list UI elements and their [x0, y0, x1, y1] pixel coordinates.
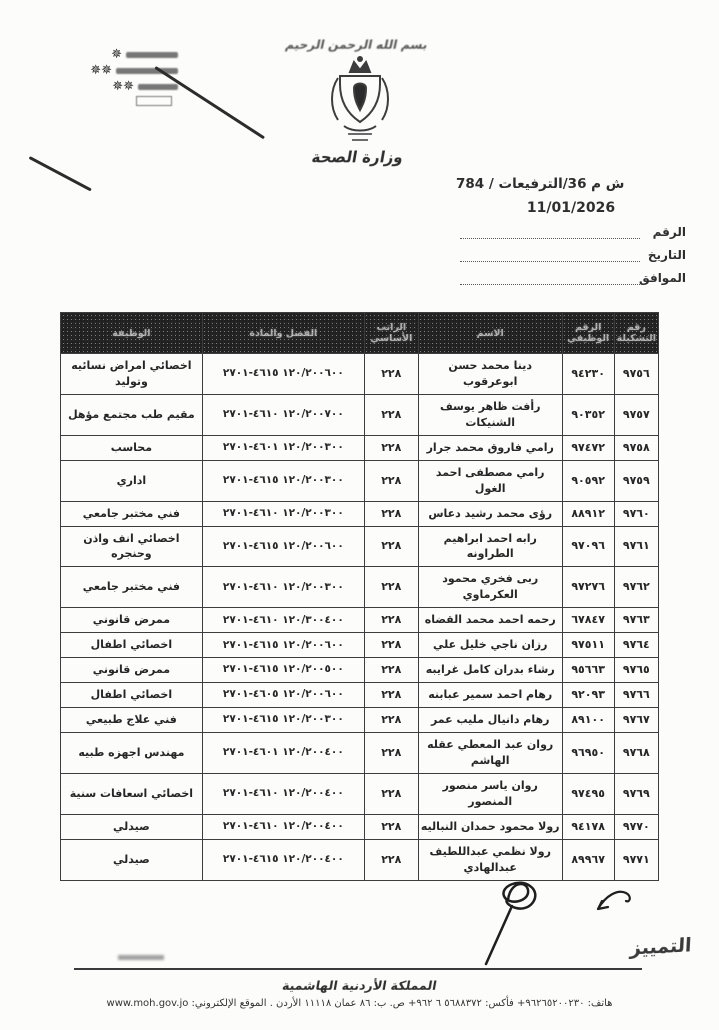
reference-date: 11/01/2026: [456, 200, 686, 216]
cell-formation-number: ٩٧٦٠: [614, 501, 658, 526]
cell-name: رهام احمد سمير عبابنه: [418, 683, 562, 708]
table-row: ٩٧٥٨ ٩٧٤٧٢ رامي فاروق محمد جرار ٢٢٨ ١٢٠/…: [61, 435, 659, 460]
cell-basic-salary: ٢٢٨: [364, 814, 418, 839]
cell-formation-number: ٩٧٦٩: [614, 773, 658, 814]
table-row: ٩٧٦١ ٩٧٠٩٦ رابه احمد ابراهيم الطراونه ٢٢…: [61, 526, 659, 567]
cell-name: رؤى محمد رشيد دعاس: [418, 501, 562, 526]
header-chapter-article: الفصل والمادة: [202, 313, 364, 354]
cell-job-title: مهندس اجهزه طبيه: [61, 732, 203, 773]
stamp-illegible-text: [126, 52, 178, 58]
cell-name: رهام دانيال مليب عمر: [418, 708, 562, 733]
cell-job-title: اخصائي اطفال: [61, 633, 203, 658]
cell-basic-salary: ٢٢٨: [364, 683, 418, 708]
cell-formation-number: ٩٧٦٦: [614, 683, 658, 708]
header-basic-salary: الراتب الأساسي: [364, 313, 418, 354]
cell-formation-number: ٩٧٥٦: [614, 354, 658, 395]
table-row: ٩٧٥٩ ٩٠٥٩٢ رامي مصطفى احمد الغول ٢٢٨ ١٢٠…: [61, 460, 659, 501]
cell-name: رشاء بدران كامل غرايبه: [418, 658, 562, 683]
cell-chapter-article: ١٢٠/٢٠٠٦٠٠ ٤٦١٥-٢٧٠١: [202, 526, 364, 567]
footer-rule: [74, 968, 642, 970]
number-label: الرقم: [640, 225, 686, 239]
cell-employee-number: ٩٤١٧٨: [562, 814, 614, 839]
scanned-document-page: ✵ ✵✵ ✵✵ بسم الله الرحمن الرحيم وزارة الص…: [0, 0, 719, 1030]
cell-basic-salary: ٢٢٨: [364, 658, 418, 683]
cell-basic-salary: ٢٢٨: [364, 354, 418, 395]
corresponding-fill-line: [460, 272, 640, 285]
cell-basic-salary: ٢٢٨: [364, 526, 418, 567]
cell-basic-salary: ٢٢٨: [364, 435, 418, 460]
cell-job-title: فني مختبر جامعي: [61, 567, 203, 608]
cell-formation-number: ٩٧٦٤: [614, 633, 658, 658]
faint-micro-text: [118, 955, 164, 960]
cell-employee-number: ٩٠٥٩٢: [562, 460, 614, 501]
cell-job-title: اخصائي اطفال: [61, 683, 203, 708]
cell-basic-salary: ٢٢٨: [364, 633, 418, 658]
cell-employee-number: ٨٨٩١٢: [562, 501, 614, 526]
cell-employee-number: ٩٧٢٧٦: [562, 567, 614, 608]
cell-basic-salary: ٢٢٨: [364, 708, 418, 733]
cell-formation-number: ٩٧٥٧: [614, 394, 658, 435]
cell-formation-number: ٩٧٧٠: [614, 814, 658, 839]
rosette-flower-icon: ✵✵: [112, 80, 134, 93]
signature-scribble: [468, 872, 578, 982]
table-row: ٩٧٦٣ ٦٧٨٤٧ رحمه احمد محمد القضاه ٢٢٨ ١٢٠…: [61, 608, 659, 633]
stamp-line: ✵✵: [38, 80, 178, 93]
cell-chapter-article: ١٢٠/٢٠٠٤٠٠ ٤٦١٥-٢٧٠١: [202, 839, 364, 880]
cell-employee-number: ٩٥٦٦٣: [562, 658, 614, 683]
cell-job-title: ممرض قانوني: [61, 608, 203, 633]
cell-name: رحمه احمد محمد القضاه: [418, 608, 562, 633]
table-row: ٩٧٥٦ ٩٤٢٣٠ دينا محمد حسن ابوعرقوب ٢٢٨ ١٢…: [61, 354, 659, 395]
table-row: ٩٧٥٧ ٩٠٣٥٢ رأفت ظاهر يوسف الشنيكات ٢٢٨ ١…: [61, 394, 659, 435]
cell-name: روان ياسر منصور المنصور: [418, 773, 562, 814]
number-fill-line: [460, 226, 640, 239]
cell-name: رزان ناجي خليل علي: [418, 633, 562, 658]
handwritten-annotation: التمييز: [629, 934, 692, 959]
cell-chapter-article: ١٢٠/٢٠٠٦٠٠ ٤٦٠٥-٢٧٠١: [202, 683, 364, 708]
cell-formation-number: ٩٧٦٨: [614, 732, 658, 773]
reference-block: ش م 36/الترفيعات / 784 11/01/2026 الرقم …: [456, 176, 686, 285]
cell-job-title: فني مختبر جامعي: [61, 501, 203, 526]
table-row: ٩٧٦٢ ٩٧٢٧٦ ربى فخري محمود العكرماوي ٢٢٨ …: [61, 567, 659, 608]
cell-name: رامي فاروق محمد جرار: [418, 435, 562, 460]
ministry-title-script: وزارة الصحة: [0, 148, 717, 167]
field-corresponding: الموافق: [456, 271, 686, 285]
stamp-illegible-text: [116, 68, 178, 74]
table-row: ٩٧٦٧ ٨٩١٠٠ رهام دانيال مليب عمر ٢٢٨ ١٢٠/…: [61, 708, 659, 733]
cell-chapter-article: ١٢٠/٢٠٠٤٠٠ ٤٦٠١-٢٧٠١: [202, 732, 364, 773]
cell-chapter-article: ١٢٠/٢٠٠٤٠٠ ٤٦١٠-٢٧٠١: [202, 814, 364, 839]
cell-chapter-article: ١٢٠/٢٠٠٧٠٠ ٤٦١٠-٢٧٠١: [202, 394, 364, 435]
cell-basic-salary: ٢٢٨: [364, 773, 418, 814]
header-formation-number: رقم التشكيلة: [614, 313, 658, 354]
cell-chapter-article: ١٢٠/٢٠٠٦٠٠ ٤٦١٥-٢٧٠١: [202, 633, 364, 658]
cell-chapter-article: ١٢٠/٢٠٠٥٠٠ ٤٦١٥-٢٧٠١: [202, 658, 364, 683]
rosette-flower-icon: ✵✵: [90, 64, 112, 77]
cell-name: رولا محمود حمدان النباليه: [418, 814, 562, 839]
stamp-box: [136, 96, 172, 106]
cell-formation-number: ٩٧٦١: [614, 526, 658, 567]
date-label: التاريخ: [640, 248, 686, 262]
header-job-title: الوظيفة: [61, 313, 203, 354]
cell-formation-number: ٩٧٦٣: [614, 608, 658, 633]
cell-basic-salary: ٢٢٨: [364, 501, 418, 526]
cell-basic-salary: ٢٢٨: [364, 608, 418, 633]
cell-job-title: اخصائي اسعافات سنية: [61, 773, 203, 814]
cell-basic-salary: ٢٢٨: [364, 732, 418, 773]
cell-chapter-article: ١٢٠/٢٠٠٤٠٠ ٤٦١٠-٢٧٠١: [202, 773, 364, 814]
cell-formation-number: ٩٧٥٨: [614, 435, 658, 460]
table-row: ٩٧٦٤ ٩٧٥١١ رزان ناجي خليل علي ٢٢٨ ١٢٠/٢٠…: [61, 633, 659, 658]
table-row: ٩٧٦٥ ٩٥٦٦٣ رشاء بدران كامل غرايبه ٢٢٨ ١٢…: [61, 658, 659, 683]
cell-chapter-article: ١٢٠/٢٠٠٣٠٠ ٤٦٠١-٢٧٠١: [202, 435, 364, 460]
bismillah-script: بسم الله الرحمن الرحيم: [0, 38, 714, 52]
cell-job-title: ممرض قانوني: [61, 658, 203, 683]
cell-formation-number: ٩٧٥٩: [614, 460, 658, 501]
cell-chapter-article: ١٢٠/٣٠٠٤٠٠ ٤٦١٠-٢٧٠١: [202, 608, 364, 633]
cell-name: رأفت ظاهر يوسف الشنيكات: [418, 394, 562, 435]
cell-job-title: اداري: [61, 460, 203, 501]
table-row: ٩٧٦٠ ٨٨٩١٢ رؤى محمد رشيد دعاس ٢٢٨ ١٢٠/٢٠…: [61, 501, 659, 526]
corresponding-label: الموافق: [640, 271, 686, 285]
table-row: ٩٧٦٦ ٩٢٠٩٣ رهام احمد سمير عبابنه ٢٢٨ ١٢٠…: [61, 683, 659, 708]
kingdom-name-script: المملكة الأردنية الهاشمية: [0, 978, 719, 993]
table-header-row: رقم التشكيلة الرقم الوظيفي الاسم الراتب …: [61, 313, 659, 354]
cell-chapter-article: ١٢٠/٢٠٠٣٠٠ ٤٦١٥-٢٧٠١: [202, 460, 364, 501]
cell-name: دينا محمد حسن ابوعرقوب: [418, 354, 562, 395]
header-name: الاسم: [418, 313, 562, 354]
cell-chapter-article: ١٢٠/٢٠٠٣٠٠ ٤٦١٠-٢٧٠١: [202, 501, 364, 526]
date-fill-line: [460, 249, 640, 262]
cell-job-title: محاسب: [61, 435, 203, 460]
cell-employee-number: ٩٤٢٣٠: [562, 354, 614, 395]
table-row: ٩٧٦٨ ٩٦٩٥٠ روان عبد المعطي عقله الهاشم ٢…: [61, 732, 659, 773]
cell-employee-number: ٩٧٥١١: [562, 633, 614, 658]
cell-employee-number: ٨٩١٠٠: [562, 708, 614, 733]
reference-number: ش م 36/الترفيعات / 784: [456, 176, 686, 192]
field-date: التاريخ: [456, 248, 686, 262]
table-row: ٩٧٧٠ ٩٤١٧٨ رولا محمود حمدان النباليه ٢٢٨…: [61, 814, 659, 839]
cell-job-title: صيدلي: [61, 839, 203, 880]
cell-name: رابه احمد ابراهيم الطراونه: [418, 526, 562, 567]
footer-contact-line: هاتف: ٩٦٢٦٥٢٠٠٢٣٠+ فأكس: ٥٦٨٨٣٧٢ ٦ ٩٦٢+ …: [0, 998, 719, 1009]
cell-formation-number: ٩٧٦٧: [614, 708, 658, 733]
cell-employee-number: ٩٧٤٩٥: [562, 773, 614, 814]
cell-formation-number: ٩٧٦٥: [614, 658, 658, 683]
cell-job-title: فني علاج طبيعي: [61, 708, 203, 733]
cell-name: ربى فخري محمود العكرماوي: [418, 567, 562, 608]
cell-employee-number: ٩٧٤٧٢: [562, 435, 614, 460]
cell-formation-number: ٩٧٦٢: [614, 567, 658, 608]
signature-mark: [592, 885, 642, 920]
cell-job-title: مقيم طب مجتمع مؤهل: [61, 394, 203, 435]
cell-job-title: اخصائي امراض نسائيه وتوليد: [61, 354, 203, 395]
cell-basic-salary: ٢٢٨: [364, 394, 418, 435]
header-employee-number: الرقم الوظيفي: [562, 313, 614, 354]
cell-basic-salary: ٢٢٨: [364, 460, 418, 501]
cell-job-title: صيدلي: [61, 814, 203, 839]
promotions-table: رقم التشكيلة الرقم الوظيفي الاسم الراتب …: [60, 312, 659, 881]
cell-basic-salary: ٢٢٨: [364, 839, 418, 880]
cell-employee-number: ٩٦٩٥٠: [562, 732, 614, 773]
cell-name: رامي مصطفى احمد الغول: [418, 460, 562, 501]
cell-employee-number: ٩٢٠٩٣: [562, 683, 614, 708]
personnel-table-body: ٩٧٥٦ ٩٤٢٣٠ دينا محمد حسن ابوعرقوب ٢٢٨ ١٢…: [61, 354, 659, 881]
registry-stamp: ✵ ✵✵ ✵✵: [38, 48, 178, 106]
field-number: الرقم: [456, 225, 686, 239]
jordan-coat-of-arms-icon: [324, 56, 396, 152]
cell-employee-number: ٩٧٠٩٦: [562, 526, 614, 567]
cell-job-title: اخصائي انف واذن وحنجره: [61, 526, 203, 567]
cell-chapter-article: ١٢٠/٢٠٠٣٠٠ ٤٦١٠-٢٧٠١: [202, 567, 364, 608]
cell-chapter-article: ١٢٠/٢٠٠٣٠٠ ٤٦١٥-٢٧٠١: [202, 708, 364, 733]
cell-formation-number: ٩٧٧١: [614, 839, 658, 880]
table-row: ٩٧٦٩ ٩٧٤٩٥ روان ياسر منصور المنصور ٢٢٨ ١…: [61, 773, 659, 814]
cell-employee-number: ٦٧٨٤٧: [562, 608, 614, 633]
cell-employee-number: ٩٠٣٥٢: [562, 394, 614, 435]
cell-basic-salary: ٢٢٨: [364, 567, 418, 608]
cell-chapter-article: ١٢٠/٢٠٠٦٠٠ ٤٦١٥-٢٧٠١: [202, 354, 364, 395]
cell-name: روان عبد المعطي عقله الهاشم: [418, 732, 562, 773]
stamp-illegible-text: [138, 84, 178, 90]
